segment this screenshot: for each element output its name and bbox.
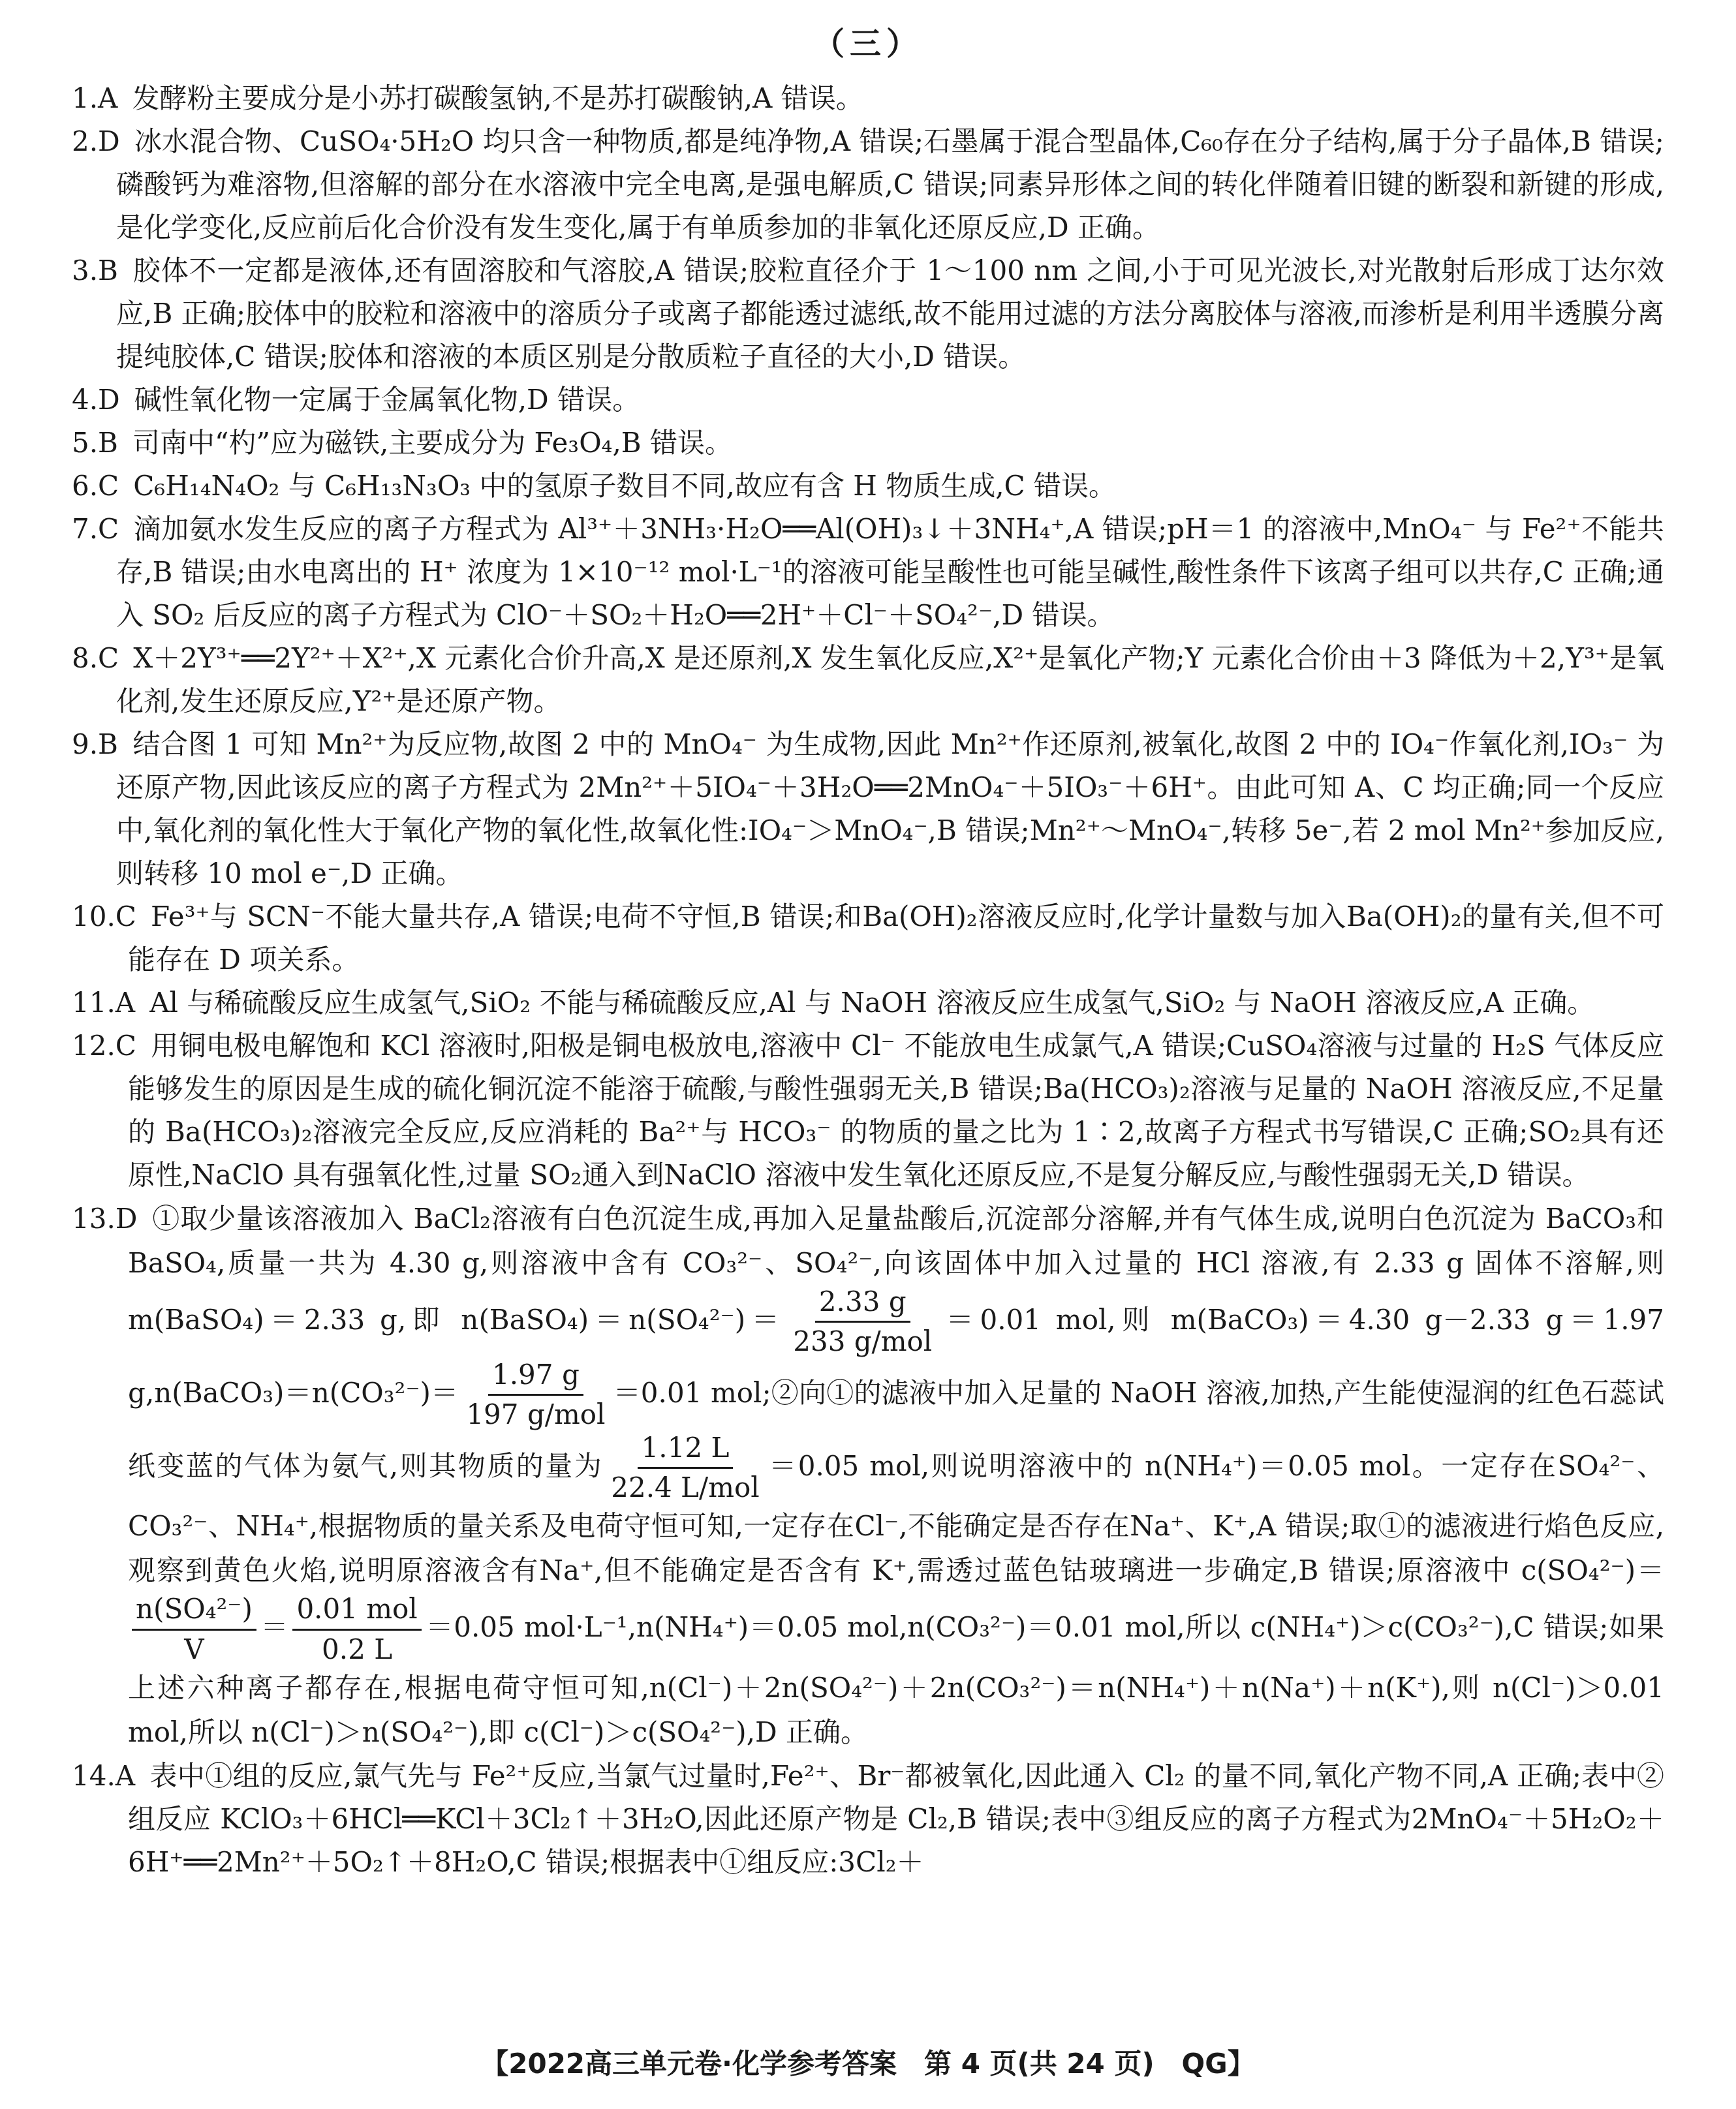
explanation-text: ＝ — [260, 1611, 289, 1643]
explanation-text: Al 与稀硫酸反应生成氢气,SiO₂ 不能与稀硫酸反应,Al 与 NaOH 溶液… — [149, 987, 1594, 1019]
answer-item-5: 5.B司南中“杓”应为磁铁,主要成分为 Fe₃O₄,B 错误。 — [72, 422, 1664, 465]
question-number: 8. — [72, 642, 98, 674]
answer-choice: C — [116, 1030, 136, 1062]
fraction-volume: 0.01 mol0.2 L — [292, 1593, 421, 1666]
explanation-text: 冰水混合物、CuSO₄·5H₂O 均只含一种物质,都是纯净物,A 错误;石墨属于… — [116, 125, 1664, 243]
answer-item-11: 11.AAl 与稀硫酸反应生成氢气,SiO₂ 不能与稀硫酸反应,Al 与 NaO… — [72, 981, 1664, 1024]
fraction-baco3: 1.97 g197 g/mol — [462, 1359, 609, 1432]
answer-item-8: 8.CX＋2Y³⁺══2Y²⁺＋X²⁺,X 元素化合价升高,X 是还原剂,X 发… — [72, 637, 1664, 723]
question-number: 9. — [72, 728, 98, 760]
question-number: 6. — [72, 470, 98, 502]
answer-item-14: 14.A表中①组的反应,氯气先与 Fe²⁺反应,当氯气过量时,Fe²⁺、Br⁻都… — [72, 1755, 1664, 1884]
answer-item-10: 10.CFe³⁺与 SCN⁻不能大量共存,A 错误;电荷不守恒,B 错误;和Ba… — [72, 895, 1664, 981]
answer-choice: A — [98, 82, 117, 114]
answer-choice: C — [98, 470, 119, 502]
explanation-text: 发酵粉主要成分是小苏打碳酸氢钠,不是苏打碳酸钠,A 错误。 — [132, 82, 863, 114]
question-number: 12. — [72, 1030, 116, 1062]
fraction-nh3: 1.12 L22.4 L/mol — [607, 1432, 763, 1505]
question-number: 10. — [72, 901, 116, 932]
answer-choice: B — [98, 728, 118, 760]
question-number: 14. — [72, 1760, 116, 1792]
explanation-text: 胶体不一定都是液体,还有固溶胶和气溶胶,A 错误;胶粒直径介于 1～100 nm… — [116, 254, 1664, 373]
section-title: （三） — [0, 18, 1736, 63]
fraction-concentration: n(SO₄²⁻)V — [132, 1593, 256, 1666]
answer-item-9: 9.B结合图 1 可知 Mn²⁺为反应物,故图 2 中的 MnO₄⁻ 为生成物,… — [72, 723, 1664, 895]
answer-item-6: 6.CC₆H₁₄N₄O₂ 与 C₆H₁₃N₃O₃ 中的氢原子数目不同,故应有含 … — [72, 465, 1664, 508]
answer-choice: D — [98, 125, 120, 157]
explanation-text: 碱性氧化物一定属于金属氧化物,D 错误。 — [134, 384, 640, 416]
answer-list: 1.A发酵粉主要成分是小苏打碳酸氢钠,不是苏打碳酸钠,A 错误。 2.D冰水混合… — [72, 77, 1664, 1884]
answer-choice: C — [116, 901, 136, 932]
answer-item-3: 3.B胶体不一定都是液体,还有固溶胶和气溶胶,A 错误;胶粒直径介于 1～100… — [72, 249, 1664, 378]
answer-choice: B — [98, 427, 118, 459]
explanation-text: 司南中“杓”应为磁铁,主要成分为 Fe₃O₄,B 错误。 — [132, 427, 732, 459]
question-number: 11. — [72, 987, 116, 1019]
fraction-baso4: 2.33 g233 g/mol — [789, 1285, 936, 1359]
answer-choice: A — [116, 987, 135, 1019]
question-number: 3. — [72, 254, 98, 286]
explanation-text: X＋2Y³⁺══2Y²⁺＋X²⁺,X 元素化合价升高,X 是还原剂,X 发生氧化… — [116, 642, 1664, 717]
page-footer: 【2022高三单元卷·化学参考答案 第 4 页(共 24 页) QG】 — [0, 2042, 1736, 2082]
explanation-text: 表中①组的反应,氯气先与 Fe²⁺反应,当氯气过量时,Fe²⁺、Br⁻都被氧化,… — [128, 1760, 1664, 1878]
explanation-text: 用铜电极电解饱和 KCl 溶液时,阳极是铜电极放电,溶液中 Cl⁻ 不能放电生成… — [128, 1030, 1664, 1191]
explanation-text: Fe³⁺与 SCN⁻不能大量共存,A 错误;电荷不守恒,B 错误;和Ba(OH)… — [128, 901, 1664, 976]
explanation-text: 结合图 1 可知 Mn²⁺为反应物,故图 2 中的 MnO₄⁻ 为生成物,因此 … — [116, 728, 1664, 889]
answer-choice: B — [98, 254, 118, 286]
question-number: 5. — [72, 427, 98, 459]
answer-item-7: 7.C滴加氨水发生反应的离子方程式为 Al³⁺＋3NH₃·H₂O══Al(OH)… — [72, 508, 1664, 637]
answer-choice: A — [116, 1760, 135, 1792]
answer-item-4: 4.D碱性氧化物一定属于金属氧化物,D 错误。 — [72, 378, 1664, 422]
answer-choice: C — [98, 642, 119, 674]
question-number: 7. — [72, 513, 98, 545]
answer-item-2: 2.D冰水混合物、CuSO₄·5H₂O 均只含一种物质,都是纯净物,A 错误;石… — [72, 120, 1664, 249]
explanation-text: C₆H₁₄N₄O₂ 与 C₆H₁₃N₃O₃ 中的氢原子数目不同,故应有含 H 物… — [133, 470, 1116, 502]
answer-item-12: 12.C用铜电极电解饱和 KCl 溶液时,阳极是铜电极放电,溶液中 Cl⁻ 不能… — [72, 1024, 1664, 1197]
question-number: 1. — [72, 82, 98, 114]
question-number: 4. — [72, 384, 98, 416]
answer-choice: C — [98, 513, 119, 545]
answer-choice: D — [116, 1203, 138, 1235]
explanation-text: 滴加氨水发生反应的离子方程式为 Al³⁺＋3NH₃·H₂O══Al(OH)₃↓＋… — [116, 513, 1664, 631]
question-number: 13. — [72, 1203, 116, 1235]
answer-item-1: 1.A发酵粉主要成分是小苏打碳酸氢钠,不是苏打碳酸钠,A 错误。 — [72, 77, 1664, 120]
answer-choice: D — [98, 384, 120, 416]
question-number: 2. — [72, 125, 98, 157]
answer-item-13: 13.D①取少量该溶液加入 BaCl₂溶液有白色沉淀生成,再加入足量盐酸后,沉淀… — [72, 1197, 1664, 1755]
